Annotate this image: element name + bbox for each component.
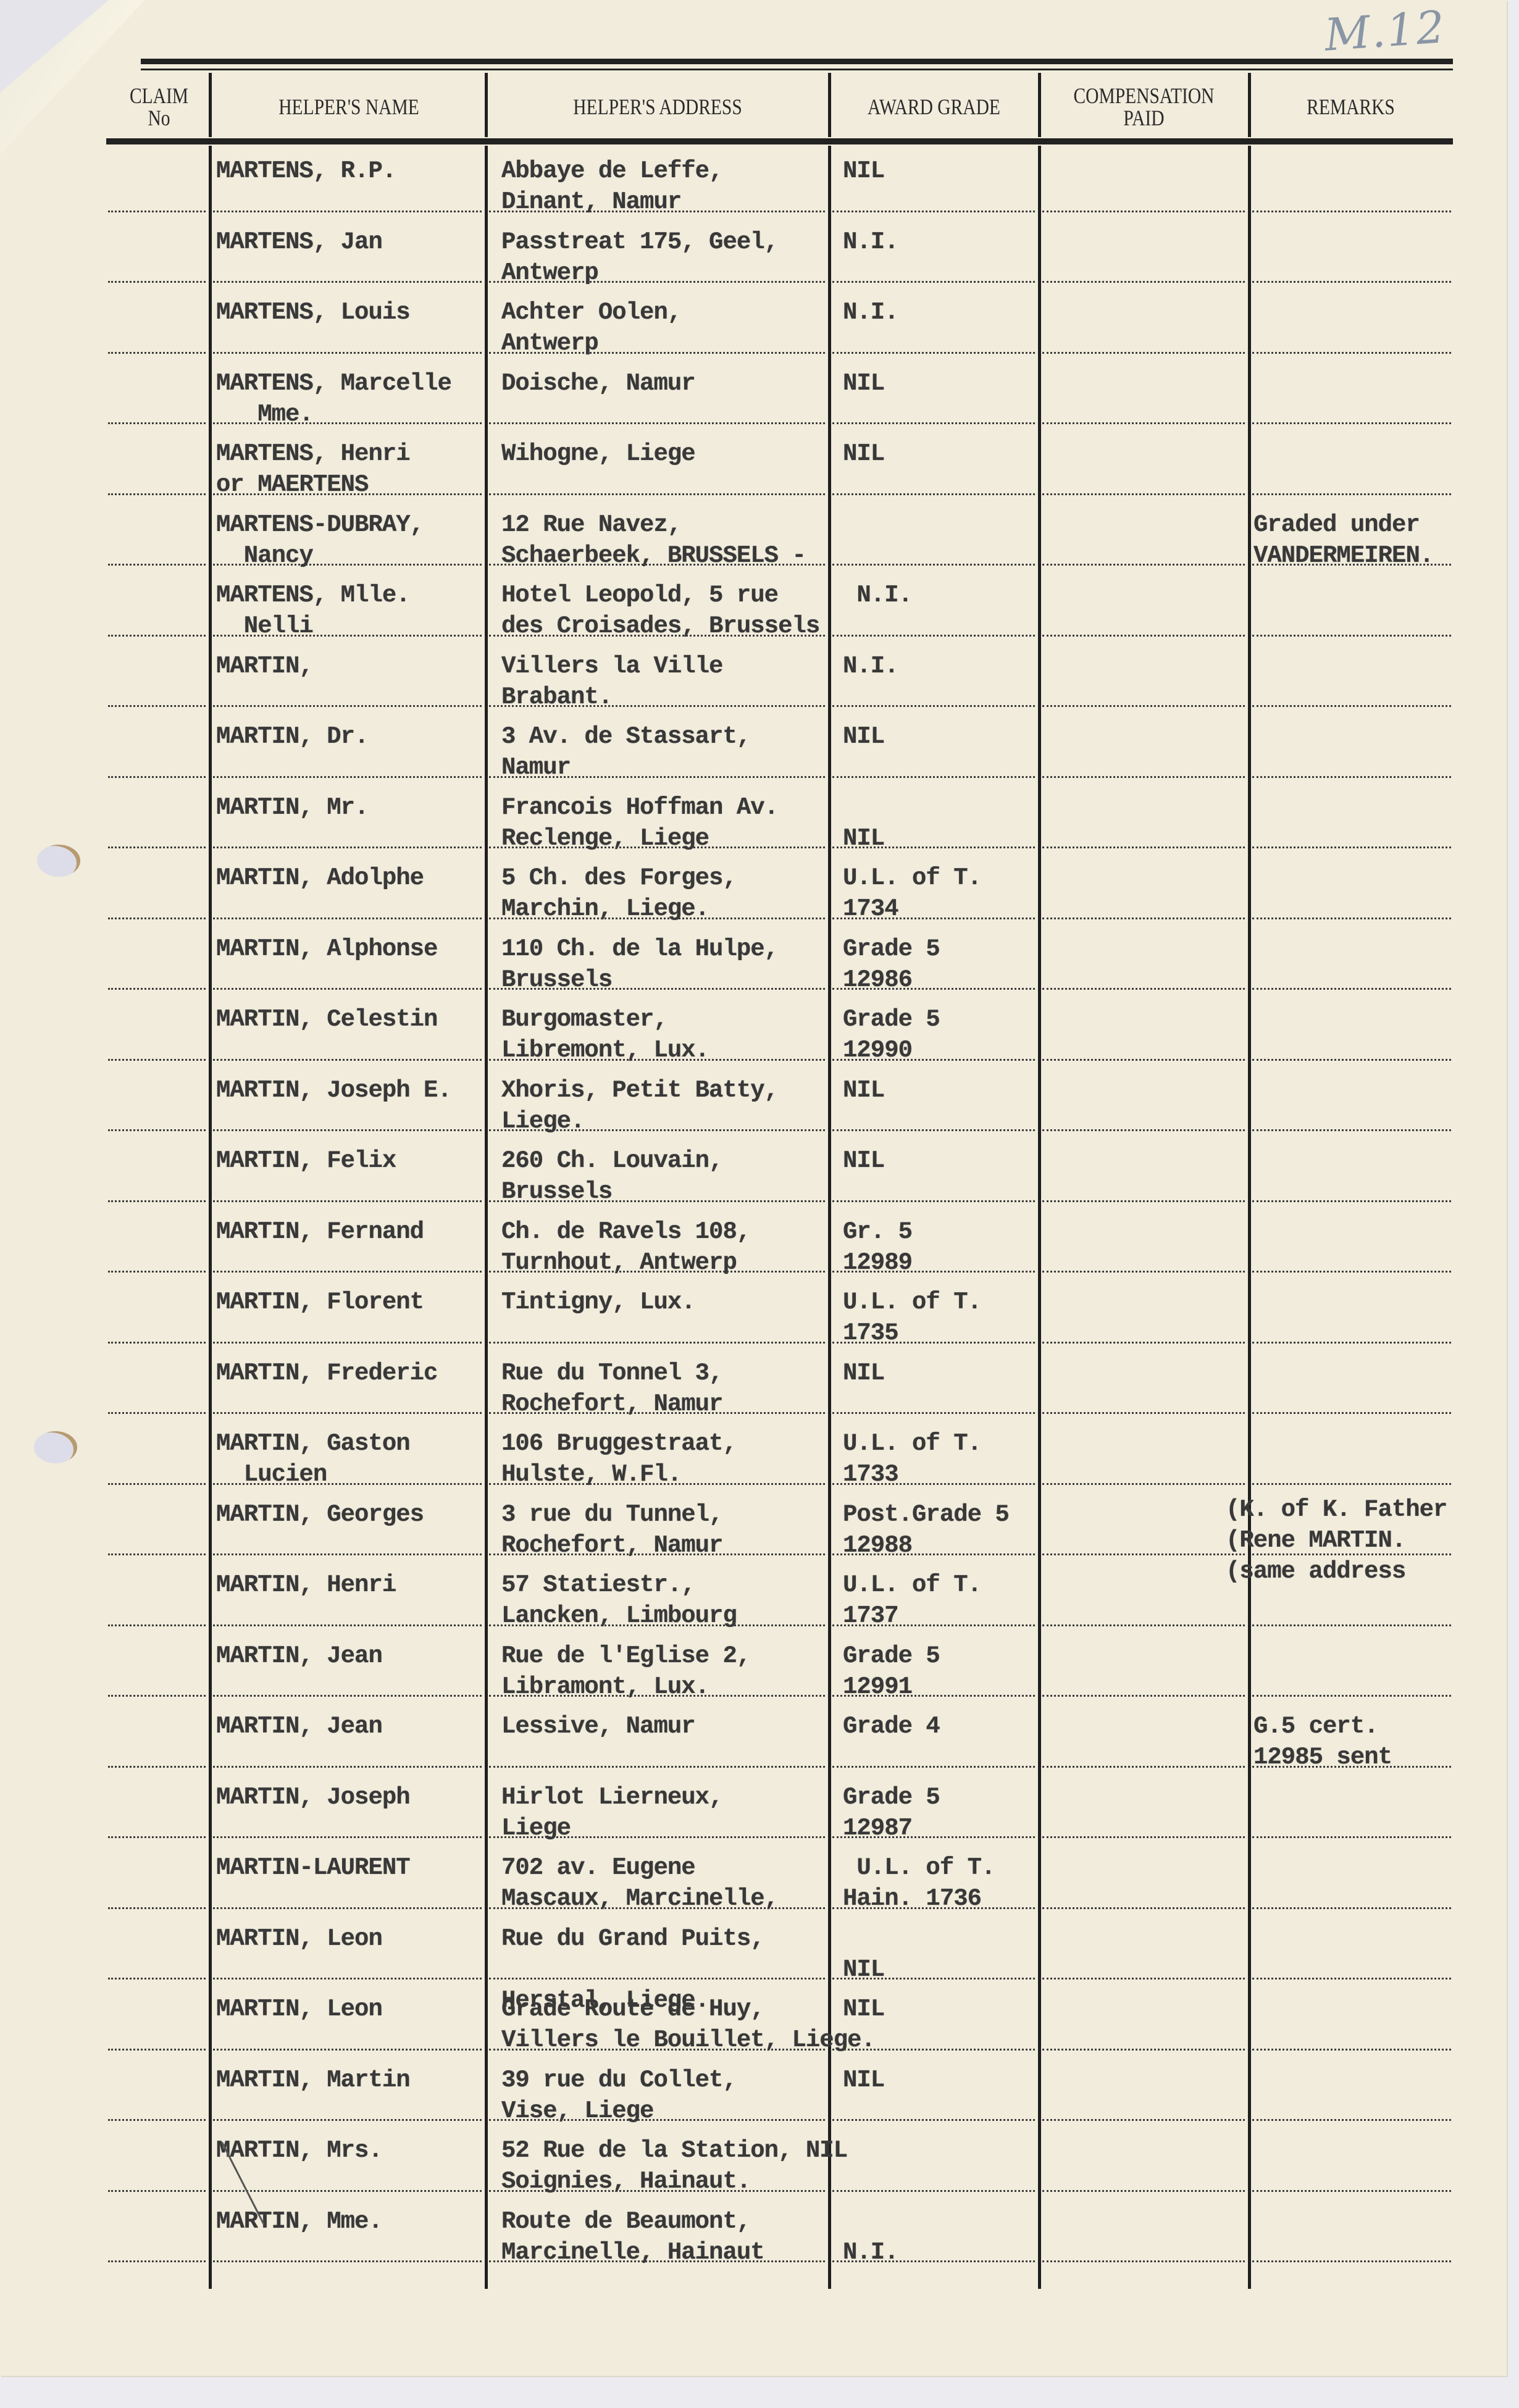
row-divider bbox=[108, 2190, 206, 2192]
row-divider bbox=[1252, 705, 1451, 707]
row-divider bbox=[1252, 776, 1451, 778]
row-divider bbox=[108, 847, 206, 848]
row-divider bbox=[1042, 1342, 1245, 1344]
row-divider bbox=[1252, 2049, 1451, 2051]
cell-remarks: (K. of K. Father (Rene MARTIN. (same add… bbox=[1226, 1494, 1447, 1587]
row-divider bbox=[108, 1978, 206, 1979]
cell-grade: Grade 5 12987 bbox=[843, 1782, 940, 1844]
row-divider bbox=[213, 1624, 482, 1626]
row-divider bbox=[1252, 2119, 1451, 2121]
row-divider bbox=[832, 352, 1035, 354]
row-divider bbox=[213, 1907, 482, 1909]
row-divider bbox=[213, 211, 482, 212]
cell-address: 702 av. Eugene Mascaux, Marcinelle, bbox=[501, 1852, 778, 1914]
cell-name: MARTIN, Gaston Lucien bbox=[216, 1428, 410, 1490]
row-divider bbox=[108, 1553, 206, 1555]
row-divider bbox=[1252, 1695, 1451, 1697]
row-divider bbox=[108, 1483, 206, 1485]
row-divider bbox=[1252, 988, 1451, 990]
cell-address: Doische, Namur bbox=[501, 368, 695, 399]
row-divider bbox=[213, 1553, 482, 1555]
row-divider bbox=[108, 281, 206, 283]
row-divider bbox=[1252, 493, 1451, 495]
row-divider bbox=[832, 2190, 1035, 2192]
row-divider bbox=[213, 1200, 482, 1202]
row-divider bbox=[213, 1342, 482, 1344]
cell-name: MARTIN, Celestin bbox=[216, 1004, 437, 1035]
cell-name: MARTIN, Leon bbox=[216, 1923, 382, 1954]
cell-name: MARTIN, Jean bbox=[216, 1711, 382, 1742]
row-divider bbox=[1042, 918, 1245, 919]
row-divider bbox=[1042, 1553, 1245, 1555]
row-divider bbox=[213, 847, 482, 848]
row-divider bbox=[832, 1412, 1035, 1414]
row-divider bbox=[108, 1200, 206, 1202]
cell-address: 39 rue du Collet, Vise, Liege bbox=[501, 2065, 737, 2126]
row-divider bbox=[832, 635, 1035, 637]
row-divider bbox=[108, 564, 206, 566]
row-divider bbox=[832, 2119, 1035, 2121]
cell-address: Tintigny, Lux. bbox=[501, 1287, 695, 1318]
col-sep-remarks bbox=[1248, 146, 1251, 2289]
row-divider bbox=[213, 1766, 482, 1768]
col-sep-address bbox=[485, 146, 488, 2289]
row-divider bbox=[213, 2190, 482, 2192]
row-divider bbox=[108, 1342, 206, 1344]
cell-grade: Grade 5 12991 bbox=[843, 1641, 940, 1702]
row-divider bbox=[1252, 352, 1451, 354]
cell-name: MARTENS, Mlle. Nelli bbox=[216, 580, 410, 642]
col-sep-compensation bbox=[1038, 146, 1041, 2289]
cell-address: Rue de l'Eglise 2, Libramont, Lux. bbox=[501, 1641, 750, 1702]
row-divider bbox=[1042, 1695, 1245, 1697]
cell-grade: U.L. of T. 1733 bbox=[843, 1428, 981, 1490]
cell-grade: N.I. bbox=[843, 580, 912, 611]
row-divider bbox=[1252, 635, 1451, 637]
row-divider bbox=[108, 2260, 206, 2262]
cell-grade: NIL bbox=[843, 438, 884, 469]
cell-grade: NIL bbox=[843, 1075, 884, 1106]
row-divider bbox=[213, 988, 482, 990]
row-divider bbox=[213, 1412, 482, 1414]
row-divider bbox=[1042, 705, 1245, 707]
cell-grade: NIL bbox=[843, 1994, 884, 2025]
cell-address: 52 Rue de la Station, NIL Soignies, Hain… bbox=[501, 2135, 847, 2197]
row-divider bbox=[108, 1836, 206, 1838]
cell-name: MARTIN, Florent bbox=[216, 1287, 424, 1318]
col-sep-remarks-header bbox=[1248, 73, 1251, 137]
row-divider bbox=[108, 1907, 206, 1909]
cell-grade: NIL bbox=[843, 156, 884, 186]
cell-grade: N.I. bbox=[843, 2206, 898, 2268]
row-divider bbox=[1042, 988, 1245, 990]
row-divider bbox=[832, 281, 1035, 283]
row-divider bbox=[1252, 847, 1451, 848]
row-divider bbox=[489, 422, 825, 424]
row-divider bbox=[1252, 1624, 1451, 1626]
document-sheet: M.12 CLAIM No HELPER'S NAME HELPER'S ADD… bbox=[0, 0, 1507, 2376]
cell-name: MARTIN, Adolphe bbox=[216, 863, 424, 893]
row-divider bbox=[108, 776, 206, 778]
row-divider bbox=[213, 918, 482, 919]
row-divider bbox=[1042, 1412, 1245, 1414]
cell-address: Grade Route de Huy, Villers le Bouillet,… bbox=[501, 1994, 875, 2055]
row-divider bbox=[832, 493, 1035, 495]
row-divider bbox=[1042, 1836, 1245, 1838]
col-sep-grade bbox=[828, 146, 831, 2289]
col-sep-name bbox=[209, 146, 212, 2289]
cell-grade: NIL bbox=[843, 2065, 884, 2096]
cell-grade: NIL bbox=[843, 1145, 884, 1176]
cell-grade: NIL bbox=[843, 792, 884, 854]
cell-name: MARTIN, Alphonse bbox=[216, 934, 437, 964]
row-divider bbox=[1252, 281, 1451, 283]
row-divider bbox=[108, 705, 206, 707]
cell-name: MARTIN, Georges bbox=[216, 1499, 424, 1530]
row-divider bbox=[832, 211, 1035, 212]
cell-grade: NIL bbox=[843, 721, 884, 752]
cell-address: Achter Oolen, Antwerp bbox=[501, 297, 681, 359]
cell-grade: NIL bbox=[843, 1358, 884, 1389]
row-divider bbox=[108, 1059, 206, 1061]
row-divider bbox=[1252, 2190, 1451, 2192]
cell-grade: Gr. 5 12989 bbox=[843, 1216, 912, 1278]
cell-address: 5 Ch. des Forges, Marchin, Liege. bbox=[501, 863, 737, 924]
header-top-rule-thick bbox=[141, 59, 1453, 64]
row-divider bbox=[213, 1978, 482, 1979]
cell-name: MARTIN, Dr. bbox=[216, 721, 368, 752]
cell-grade: N.I. bbox=[843, 227, 898, 257]
cell-address: 3 rue du Tunnel, Rochefort, Namur bbox=[501, 1499, 722, 1561]
col-sep-address-header bbox=[485, 73, 488, 137]
row-divider bbox=[213, 2049, 482, 2051]
row-divider bbox=[1042, 564, 1245, 566]
row-divider bbox=[1252, 1907, 1451, 1909]
row-divider bbox=[1252, 1836, 1451, 1838]
row-divider bbox=[1042, 2049, 1245, 2051]
cell-remarks: Graded under VANDERMEIREN. bbox=[1253, 509, 1433, 571]
header-remarks: REMARKS bbox=[1268, 73, 1433, 141]
cell-address: 260 Ch. Louvain, Brussels bbox=[501, 1145, 722, 1207]
row-divider bbox=[489, 1766, 825, 1768]
row-divider bbox=[108, 918, 206, 919]
row-divider bbox=[213, 1059, 482, 1061]
cell-grade: NIL bbox=[843, 1923, 884, 1985]
cell-name: MARTENS, Henri or MAERTENS bbox=[216, 438, 410, 500]
row-divider bbox=[1042, 1271, 1245, 1273]
punch-hole-icon bbox=[37, 845, 80, 877]
cell-name: MARTIN, bbox=[216, 651, 313, 682]
cell-name: MARTIN, Martin bbox=[216, 2065, 410, 2096]
row-divider bbox=[1042, 1059, 1245, 1061]
cell-address: Rue du Tonnel 3, Rochefort, Namur bbox=[501, 1358, 722, 1419]
cell-grade: NIL bbox=[843, 368, 884, 399]
cell-address: Hotel Leopold, 5 rue des Croisades, Brus… bbox=[501, 580, 819, 642]
row-divider bbox=[213, 705, 482, 707]
row-divider bbox=[108, 211, 206, 212]
row-divider bbox=[1042, 2260, 1245, 2262]
row-divider bbox=[108, 1695, 206, 1697]
header-top-rule-thin bbox=[141, 69, 1453, 70]
cell-address: 12 Rue Navez, Schaerbeek, BRUSSELS - bbox=[501, 509, 806, 571]
cell-address: Villers la Ville Brabant. bbox=[501, 651, 722, 713]
row-divider bbox=[1042, 776, 1245, 778]
row-divider bbox=[1042, 2119, 1245, 2121]
col-sep-compensation-header bbox=[1038, 73, 1041, 137]
row-divider bbox=[1042, 422, 1245, 424]
cell-name: MARTENS, Louis bbox=[216, 297, 410, 328]
cell-address: 106 Bruggestraat, Hulste, W.Fl. bbox=[501, 1428, 737, 1490]
cell-address: 3 Av. de Stassart, Namur bbox=[501, 721, 750, 783]
row-divider bbox=[213, 281, 482, 283]
row-divider bbox=[108, 1271, 206, 1273]
cell-name: MARTIN, Joseph E. bbox=[216, 1075, 451, 1106]
row-divider bbox=[213, 1271, 482, 1273]
col-sep-name-header bbox=[209, 73, 212, 137]
row-divider bbox=[108, 493, 206, 495]
row-divider bbox=[213, 2119, 482, 2121]
cell-address: Hirlot Lierneux, Liege bbox=[501, 1782, 722, 1844]
row-divider bbox=[213, 1695, 482, 1697]
row-divider bbox=[108, 2119, 206, 2121]
cell-grade: N.I. bbox=[843, 651, 898, 682]
cell-address: Route de Beaumont, Marcinelle, Hainaut bbox=[501, 2206, 764, 2268]
row-divider bbox=[108, 635, 206, 637]
row-divider bbox=[108, 2049, 206, 2051]
row-divider bbox=[832, 1200, 1035, 1202]
row-divider bbox=[832, 1766, 1035, 1768]
row-divider bbox=[213, 1129, 482, 1131]
row-divider bbox=[1252, 1978, 1451, 1979]
row-divider bbox=[108, 1412, 206, 1414]
cell-address: 110 Ch. de la Hulpe, Brussels bbox=[501, 934, 778, 995]
cell-grade: Post.Grade 5 12988 bbox=[843, 1499, 1009, 1561]
row-divider bbox=[1042, 352, 1245, 354]
col-sep-grade-header bbox=[828, 73, 831, 137]
row-divider bbox=[1252, 1200, 1451, 1202]
row-divider bbox=[1252, 1129, 1451, 1131]
row-divider bbox=[1252, 211, 1451, 212]
row-divider bbox=[213, 2260, 482, 2262]
row-divider bbox=[1042, 1483, 1245, 1485]
cell-name: MARTIN-LAURENT bbox=[216, 1852, 410, 1883]
row-divider bbox=[1042, 1200, 1245, 1202]
row-divider bbox=[832, 705, 1035, 707]
row-divider bbox=[1042, 635, 1245, 637]
row-divider bbox=[1042, 2190, 1245, 2192]
cell-name: MARTIN, Mrs. bbox=[216, 2135, 382, 2166]
row-divider bbox=[1042, 211, 1245, 212]
cell-address: Burgomaster, Libremont, Lux. bbox=[501, 1004, 709, 1066]
row-divider bbox=[213, 776, 482, 778]
row-divider bbox=[1042, 1129, 1245, 1131]
cell-grade: Grade 5 12990 bbox=[843, 1004, 940, 1066]
row-divider bbox=[489, 493, 825, 495]
row-divider bbox=[213, 1836, 482, 1838]
row-divider bbox=[489, 1342, 825, 1344]
header-compensation-paid: COMPENSATION PAID bbox=[1059, 73, 1229, 141]
cell-name: MARTIN, Frederic bbox=[216, 1358, 437, 1389]
row-divider bbox=[1042, 1624, 1245, 1626]
row-divider bbox=[1042, 1978, 1245, 1979]
cell-grade: Grade 4 bbox=[843, 1711, 940, 1742]
cell-name: MARTENS, Marcelle Mme. bbox=[216, 368, 451, 430]
row-divider bbox=[1252, 1412, 1451, 1414]
row-divider bbox=[1252, 422, 1451, 424]
row-divider bbox=[1252, 2260, 1451, 2262]
cell-grade: U.L. of T. Hain. 1736 bbox=[843, 1852, 995, 1914]
header-helper-name: HELPER'S NAME bbox=[238, 73, 461, 141]
row-divider bbox=[108, 988, 206, 990]
header-claim-no: CLAIM No bbox=[120, 73, 198, 141]
cell-grade: N.I. bbox=[843, 297, 898, 328]
cell-grade: U.L. of T. 1734 bbox=[843, 863, 981, 924]
cell-name: MARTIN, Jean bbox=[216, 1641, 382, 1671]
row-divider bbox=[108, 1129, 206, 1131]
row-divider bbox=[832, 422, 1035, 424]
row-divider bbox=[832, 776, 1035, 778]
row-divider bbox=[108, 352, 206, 354]
row-divider bbox=[108, 422, 206, 424]
cell-remarks: G.5 cert. 12985 sent bbox=[1253, 1711, 1392, 1773]
cell-address: Lessive, Namur bbox=[501, 1711, 695, 1742]
row-divider bbox=[832, 564, 1035, 566]
cell-name: MARTENS, R.P. bbox=[216, 156, 396, 186]
row-divider bbox=[1252, 1059, 1451, 1061]
cell-grade: Grade 5 12986 bbox=[843, 934, 940, 995]
page-mark: M.12 bbox=[1323, 1, 1447, 61]
punch-hole-icon bbox=[34, 1431, 77, 1463]
row-divider bbox=[1042, 847, 1245, 848]
cell-name: MARTIN, Leon bbox=[216, 1994, 382, 2025]
row-divider bbox=[1252, 1483, 1451, 1485]
cell-address: 57 Statiestr., Lancken, Limbourg bbox=[501, 1570, 737, 1631]
row-divider bbox=[1252, 1342, 1451, 1344]
header-helper-address: HELPER'S ADDRESS bbox=[519, 73, 797, 141]
row-divider bbox=[1042, 493, 1245, 495]
cell-name: MARTIN, Fernand bbox=[216, 1216, 424, 1247]
row-divider bbox=[1042, 1907, 1245, 1909]
row-divider bbox=[832, 1129, 1035, 1131]
cell-grade: U.L. of T. 1737 bbox=[843, 1570, 981, 1631]
cell-address: Ch. de Ravels 108, Turnhout, Antwerp bbox=[501, 1216, 750, 1278]
row-divider bbox=[1252, 1271, 1451, 1273]
header-award-grade: AWARD GRADE bbox=[849, 73, 1019, 141]
row-divider bbox=[1042, 1766, 1245, 1768]
cell-name: MARTENS-DUBRAY, Nancy bbox=[216, 509, 424, 571]
cell-address: Wihogne, Liege bbox=[501, 438, 695, 469]
cell-grade: U.L. of T. 1735 bbox=[843, 1287, 981, 1348]
cell-address: Francois Hoffman Av. Reclenge, Liege bbox=[501, 792, 778, 854]
row-divider bbox=[1042, 281, 1245, 283]
cell-address: Passtreat 175, Geel, Antwerp bbox=[501, 227, 778, 288]
cell-name: MARTIN, Mr. bbox=[216, 792, 368, 823]
row-divider bbox=[108, 1766, 206, 1768]
row-divider bbox=[1252, 918, 1451, 919]
cell-address: Xhoris, Petit Batty, Liege. bbox=[501, 1075, 778, 1137]
cell-name: MARTIN, Henri bbox=[216, 1570, 396, 1600]
row-divider bbox=[108, 1624, 206, 1626]
cell-address: Abbaye de Leffe, Dinant, Namur bbox=[501, 156, 722, 217]
cell-name: MARTENS, Jan bbox=[216, 227, 382, 257]
row-divider bbox=[213, 352, 482, 354]
cell-name: MARTIN, Mme. bbox=[216, 2206, 382, 2237]
cell-name: MARTIN, Felix bbox=[216, 1145, 396, 1176]
cell-name: MARTIN, Joseph bbox=[216, 1782, 410, 1813]
